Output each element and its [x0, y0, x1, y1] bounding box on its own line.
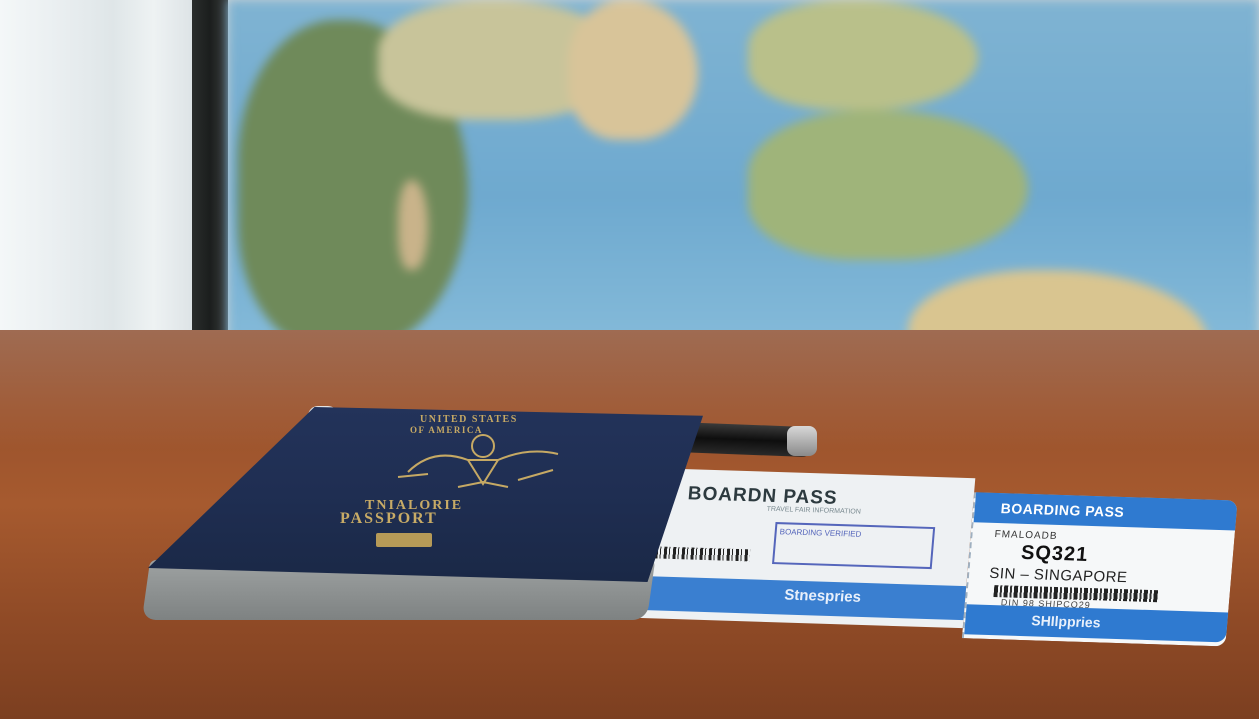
pen-tip-cap	[787, 426, 817, 456]
boarding-pass-stub: BOARDN PASS TRAVEL FAIR INFORMATION BOAR…	[637, 468, 975, 628]
main-header-text: BOARDING PASS	[1000, 500, 1125, 520]
window-curtain	[0, 0, 205, 345]
passenger-label: FMALOADB	[994, 529, 1058, 542]
india-landmass	[568, 0, 698, 140]
map-frame	[192, 0, 228, 340]
boarding-pass: BOARDN PASS TRAVEL FAIR INFORMATION BOAR…	[637, 468, 1244, 647]
main-band: SHIlppries	[964, 604, 1228, 642]
route: SIN – SINGAPORE	[989, 565, 1129, 586]
stamp: BOARDING VERIFIED	[772, 522, 935, 569]
flight-number: SQ321	[1020, 542, 1089, 567]
boarding-pass-main: BOARDING PASS FMALOADB SQ321 SIN – SINGA…	[962, 492, 1238, 646]
main-band-text: SHIlppries	[1031, 612, 1101, 630]
stub-band-text: Stnespries	[784, 586, 862, 605]
main-header: BOARDING PASS	[974, 492, 1238, 530]
southeast-asia-landmass	[748, 110, 1028, 260]
photo-scene: BOARDN PASS TRAVEL FAIR INFORMATION BOAR…	[0, 0, 1259, 719]
madagascar-landmass	[398, 180, 428, 270]
passport-header-line1: UNITED STATES	[420, 414, 518, 425]
stub-band: Stnespries	[638, 576, 966, 620]
stub-fine-print: TRAVEL FAIR INFORMATION	[766, 506, 861, 516]
stub-title: BOARDN PASS	[687, 483, 839, 510]
barcode-icon	[654, 546, 750, 561]
biometric-chip-icon	[376, 533, 432, 547]
passport-title-line2: PASSPORT	[340, 510, 438, 528]
asia-landmass	[748, 0, 978, 110]
eagle-emblem-icon	[388, 432, 568, 492]
